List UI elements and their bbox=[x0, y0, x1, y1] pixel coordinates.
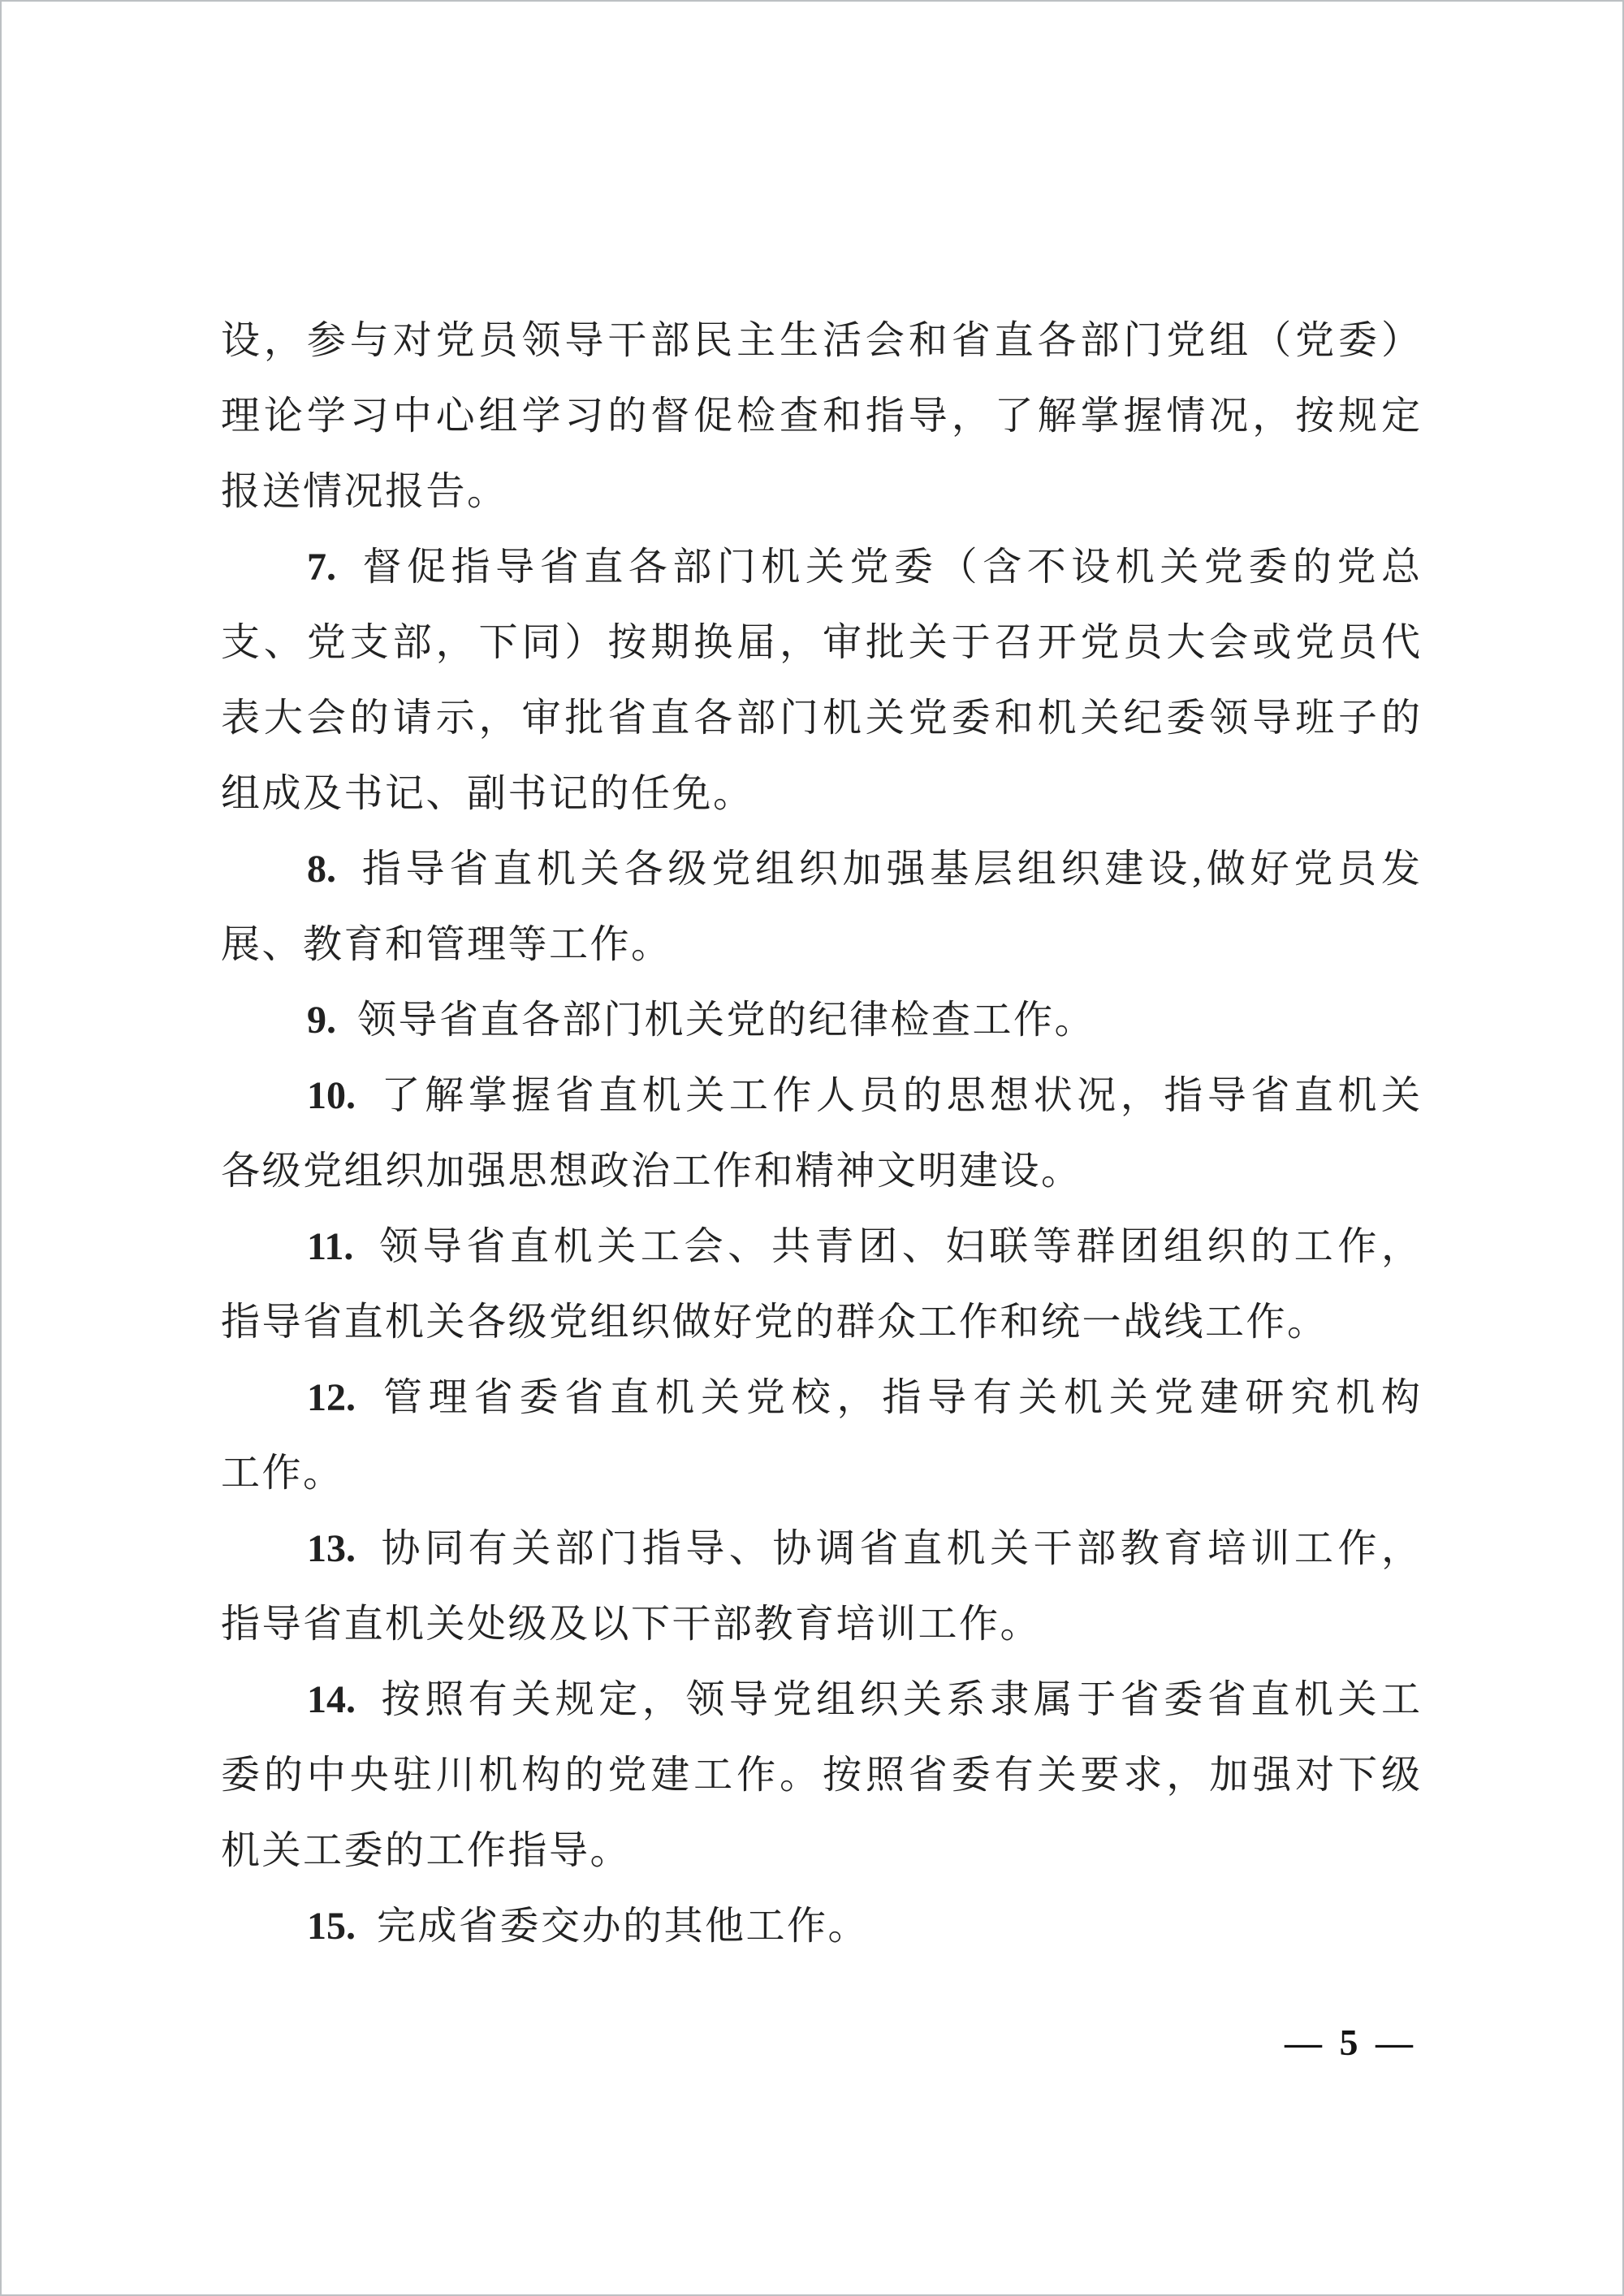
line-text: 表大会的请示，审批省直各部门机关党委和机关纪委领导班子的 bbox=[221, 697, 1420, 740]
item-number: 10. bbox=[307, 1074, 356, 1117]
line-text: 督促指导省直各部门机关党委（含不设机关党委的党总 bbox=[357, 546, 1420, 589]
text-line: 设，参与对党员领导干部民主生活会和省直各部门党组（党委） bbox=[221, 303, 1420, 378]
line-text: 领导省直各部门机关党的纪律检查工作。 bbox=[357, 999, 1095, 1042]
text-line: 理论学习中心组学习的督促检查和指导，了解掌握情况，按规定 bbox=[221, 378, 1420, 454]
item-number: 8. bbox=[307, 848, 336, 891]
text-line: 各级党组织加强思想政治工作和精神文明建设。 bbox=[221, 1133, 1420, 1209]
line-text: 组成及书记、副书记的任免。 bbox=[221, 772, 754, 815]
text-line: 13.协同有关部门指导、协调省直机关干部教育培训工作， bbox=[221, 1511, 1420, 1586]
line-text: 展、教育和管理等工作。 bbox=[221, 923, 672, 966]
text-line: 展、教育和管理等工作。 bbox=[221, 907, 1420, 982]
text-line: 10.了解掌握省直机关工作人员的思想状况，指导省直机关 bbox=[221, 1058, 1420, 1133]
text-line: 报送情况报告。 bbox=[221, 454, 1420, 529]
text-line: 14.按照有关规定，领导党组织关系隶属于省委省直机关工 bbox=[221, 1662, 1420, 1737]
line-text: 指导省直机关处级及以下干部教育培训工作。 bbox=[221, 1603, 1041, 1646]
line-text: 协同有关部门指导、协调省直机关干部教育培训工作， bbox=[377, 1527, 1420, 1570]
item-number: 13. bbox=[307, 1527, 356, 1570]
line-text: 设，参与对党员领导干部民主生活会和省直各部门党组（党委） bbox=[221, 319, 1420, 362]
item-number: 14. bbox=[307, 1678, 356, 1721]
line-text: 报送情况报告。 bbox=[221, 470, 508, 513]
line-text: 机关工委的工作指导。 bbox=[221, 1829, 631, 1872]
text-line: 12.管理省委省直机关党校，指导有关机关党建研究机构 bbox=[221, 1360, 1420, 1435]
text-line: 工作。 bbox=[221, 1435, 1420, 1511]
item-number: 11. bbox=[307, 1225, 353, 1268]
line-text: 指导省直机关各级党组织做好党的群众工作和统一战线工作。 bbox=[221, 1301, 1328, 1344]
document-page: 设，参与对党员领导干部民主生活会和省直各部门党组（党委）理论学习中心组学习的督促… bbox=[0, 0, 1624, 2296]
text-line: 11.领导省直机关工会、共青团、妇联等群团组织的工作， bbox=[221, 1209, 1420, 1284]
text-line: 指导省直机关各级党组织做好党的群众工作和统一战线工作。 bbox=[221, 1284, 1420, 1360]
line-text: 理论学习中心组学习的督促检查和指导，了解掌握情况，按规定 bbox=[221, 395, 1420, 438]
body-text: 设，参与对党员领导干部民主生活会和省直各部门党组（党委）理论学习中心组学习的督促… bbox=[221, 303, 1420, 1964]
text-line: 机关工委的工作指导。 bbox=[221, 1813, 1420, 1888]
text-line: 组成及书记、副书记的任免。 bbox=[221, 756, 1420, 831]
text-line: 7.督促指导省直各部门机关党委（含不设机关党委的党总 bbox=[221, 529, 1420, 605]
text-line: 表大会的请示，审批省直各部门机关党委和机关纪委领导班子的 bbox=[221, 680, 1420, 756]
line-text: 支、党支部，下同）按期换届，审批关于召开党员大会或党员代 bbox=[221, 621, 1420, 664]
line-text: 领导省直机关工会、共青团、妇联等群团组织的工作， bbox=[374, 1225, 1420, 1268]
line-text: 完成省委交办的其他工作。 bbox=[377, 1905, 869, 1948]
line-text: 指导省直机关各级党组织加强基层组织建设,做好党员发 bbox=[357, 848, 1420, 891]
text-line: 委的中央驻川机构的党建工作。按照省委有关要求，加强对下级 bbox=[221, 1737, 1420, 1813]
text-line: 支、党支部，下同）按期换届，审批关于召开党员大会或党员代 bbox=[221, 605, 1420, 680]
line-text: 各级党组织加强思想政治工作和精神文明建设。 bbox=[221, 1150, 1082, 1193]
item-number: 15. bbox=[307, 1905, 356, 1948]
page-number: — 5 — bbox=[1285, 2005, 1417, 2080]
line-text: 管理省委省直机关党校，指导有关机关党建研究机构 bbox=[377, 1376, 1420, 1419]
item-number: 7. bbox=[307, 546, 336, 589]
item-number: 12. bbox=[307, 1376, 356, 1419]
item-number: 9. bbox=[307, 999, 336, 1042]
text-line: 8.指导省直机关各级党组织加强基层组织建设,做好党员发 bbox=[221, 831, 1420, 907]
line-text: 了解掌握省直机关工作人员的思想状况，指导省直机关 bbox=[377, 1074, 1420, 1117]
text-line: 15.完成省委交办的其他工作。 bbox=[221, 1888, 1420, 1964]
text-line: 指导省直机关处级及以下干部教育培训工作。 bbox=[221, 1586, 1420, 1662]
line-text: 按照有关规定，领导党组织关系隶属于省委省直机关工 bbox=[377, 1678, 1420, 1721]
text-line: 9.领导省直各部门机关党的纪律检查工作。 bbox=[221, 982, 1420, 1058]
line-text: 委的中央驻川机构的党建工作。按照省委有关要求，加强对下级 bbox=[221, 1754, 1420, 1797]
line-text: 工作。 bbox=[221, 1452, 344, 1495]
